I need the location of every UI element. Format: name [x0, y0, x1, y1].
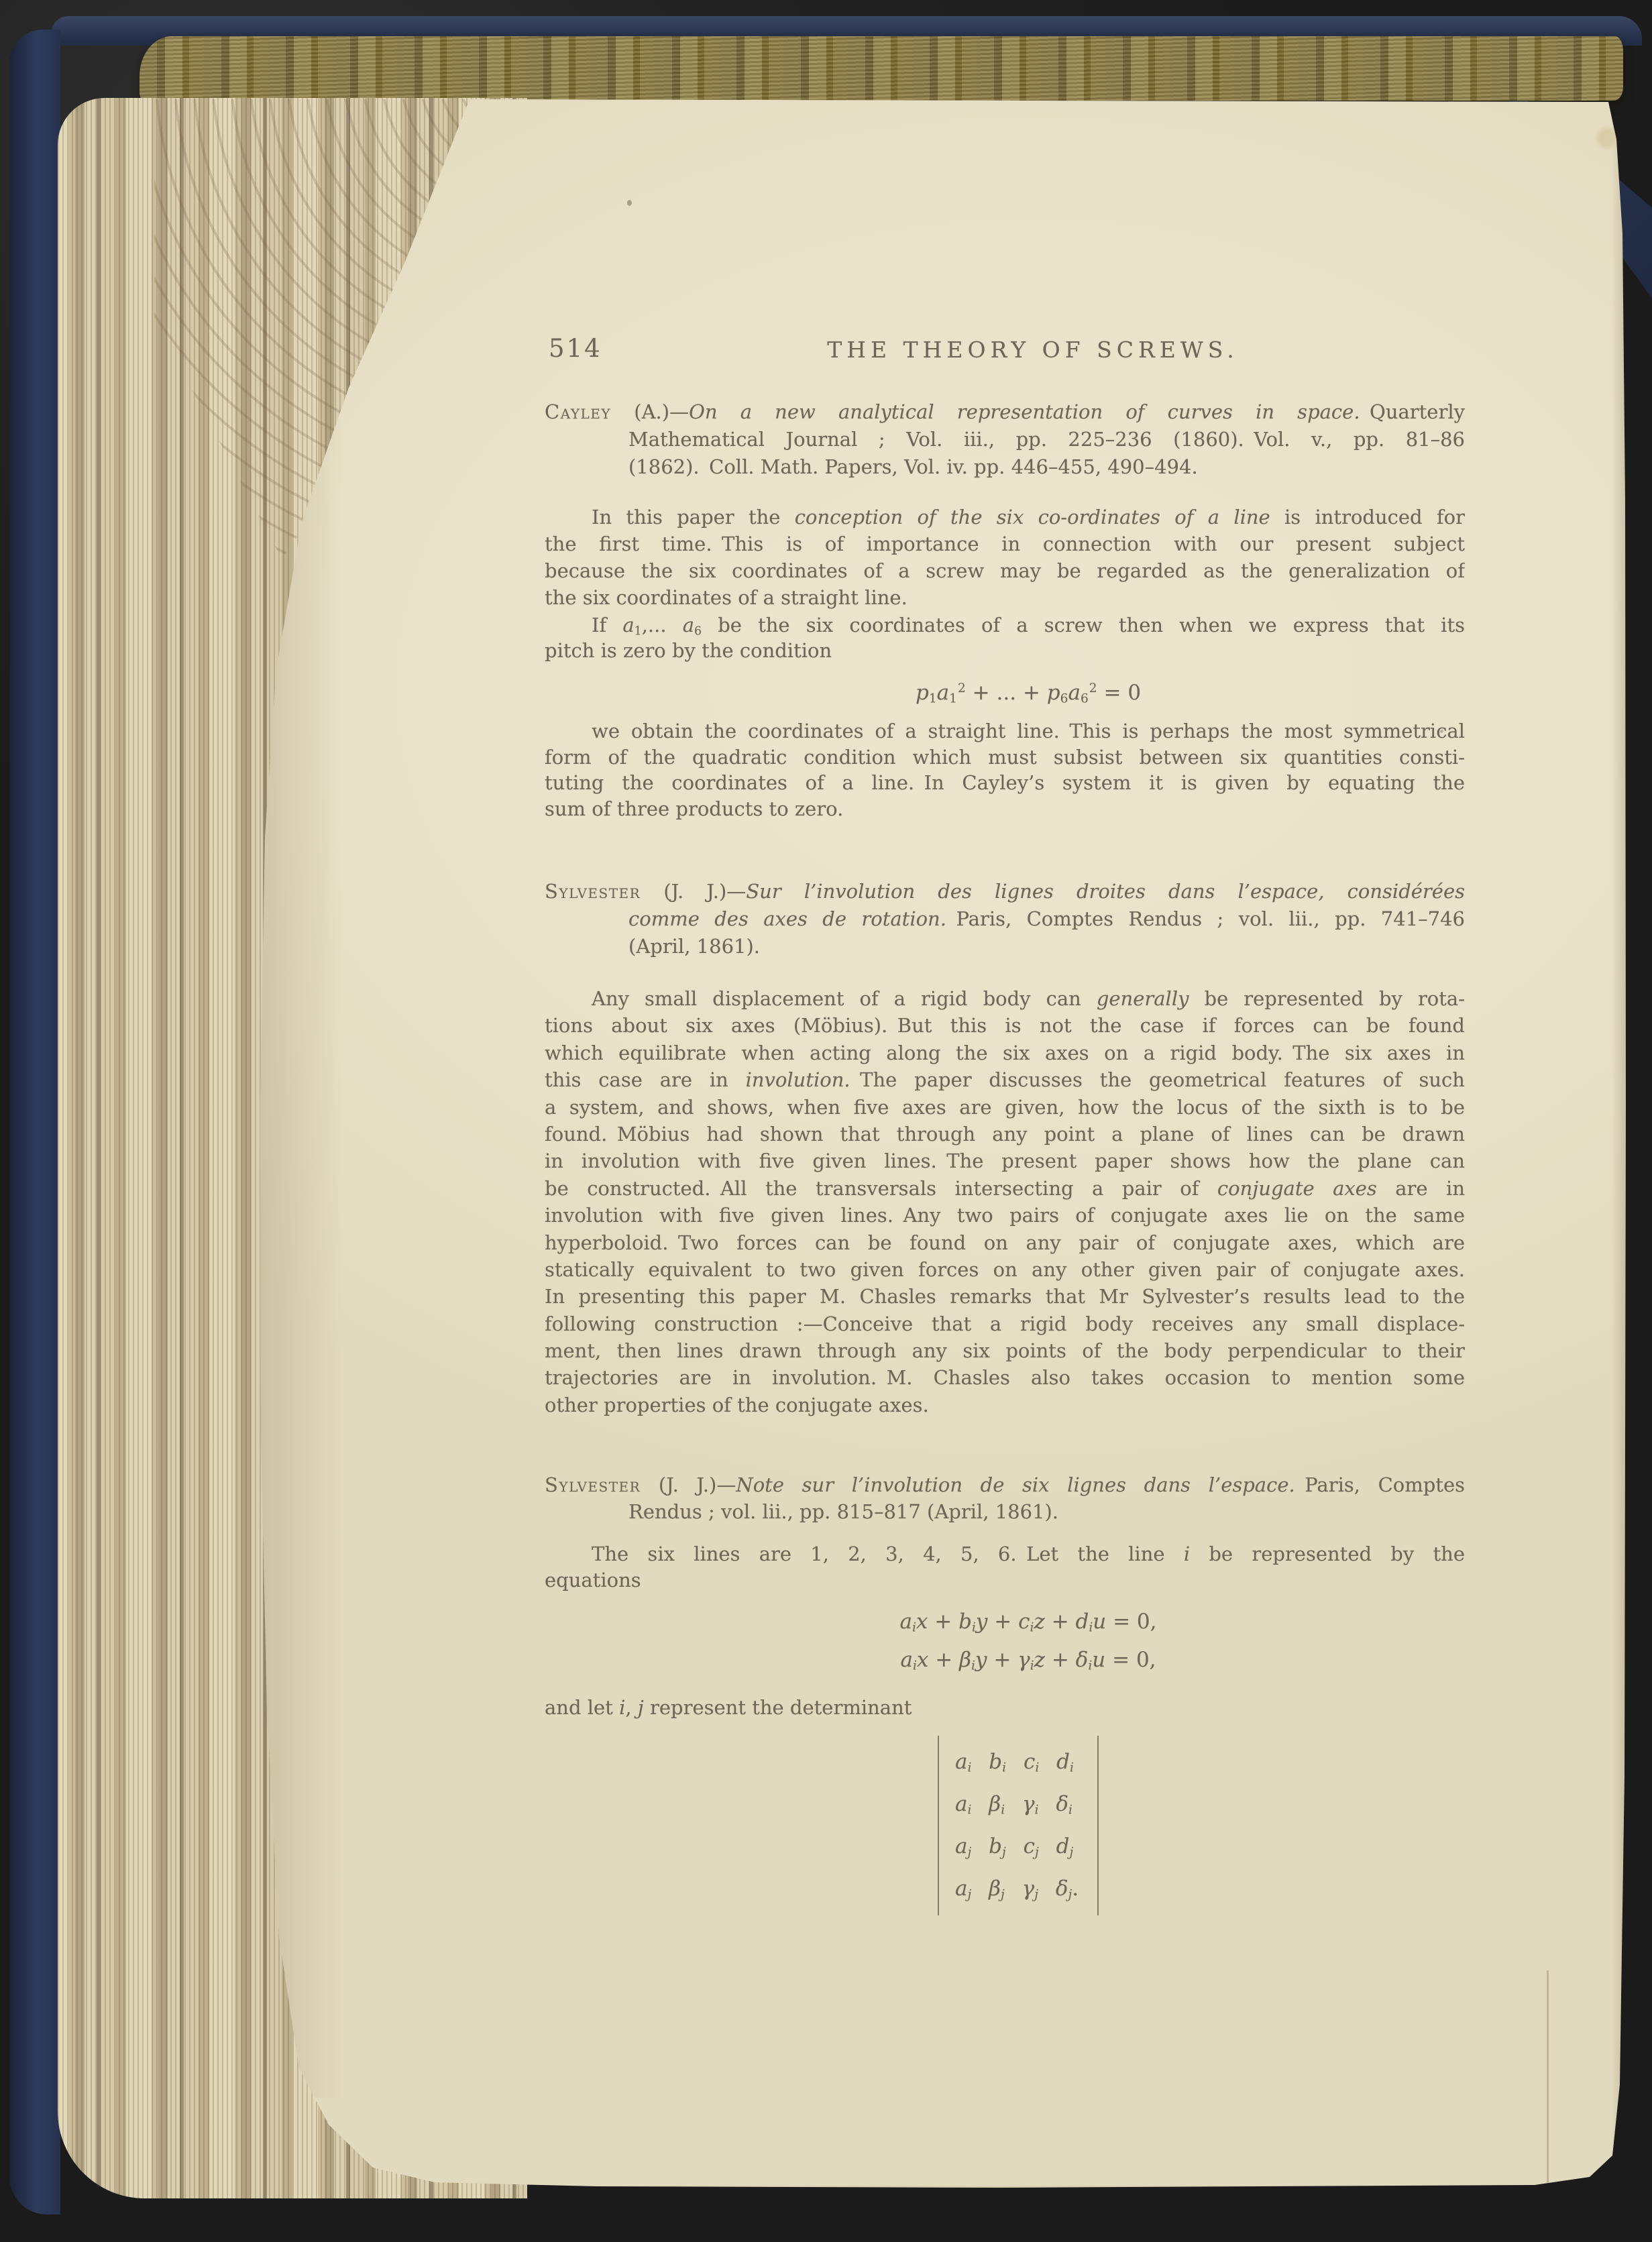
text-segment: +	[987, 1610, 1018, 1634]
text-line: aj bj cj dj	[955, 1826, 1097, 1868]
text-line: hyperboloid. Two forces can be found on …	[545, 1229, 1465, 1256]
text-segment: +	[1045, 1648, 1076, 1672]
determinant-block: ai bi ci diai βi γi δiaj bj cj djaj βj γ…	[938, 1736, 1099, 1915]
text-segment: y	[976, 1610, 988, 1634]
equation-pitch-condition: p1a12 + ... + p6a62 = 0	[545, 681, 1465, 714]
text-segment: tuting the coordinates of a line. In Cay…	[545, 771, 1465, 794]
text-line: sum of three products to zero.	[545, 796, 1465, 822]
text-line: Mathematical Journal ; Vol. iii., pp. 22…	[545, 426, 1465, 453]
text-segment: (1862). Coll. Math. Papers, Vol. iv. pp.…	[628, 455, 1198, 478]
text-segment: +	[1045, 1610, 1076, 1634]
text-segment: d	[1056, 1834, 1070, 1858]
text-segment: i	[1184, 1543, 1190, 1565]
text-segment: If	[592, 614, 622, 636]
text-segment: d	[1075, 1610, 1089, 1634]
text-segment: a	[955, 1792, 967, 1816]
text-segment: in involution with five given lines. The…	[545, 1150, 1465, 1172]
text-segment: statically equivalent to two given force…	[545, 1258, 1465, 1281]
text-line: in involution with five given lines. The…	[545, 1147, 1465, 1174]
text-segment: 6	[1060, 692, 1068, 706]
text-line: ai βi γi δi	[955, 1783, 1097, 1826]
text-segment: 2	[1089, 681, 1097, 695]
text-segment	[1039, 1834, 1056, 1858]
text-segment: Sur l’involution des lignes droites dans…	[746, 880, 1465, 903]
text-segment: = 0	[1097, 681, 1141, 705]
text-segment: Paris, Comptes Rendus ; vol. lii., pp. 7…	[946, 907, 1465, 930]
text-line: Cayley (A.)—On a new analytical represen…	[545, 398, 1465, 426]
text-segment: conception of the six co-ordinates of a …	[795, 506, 1270, 528]
equation-line-i-first: aix + biy + ciz + diu = 0,	[545, 1610, 1465, 1640]
text-segment: (J. J.)—	[641, 1473, 736, 1496]
text-segment: δ	[1076, 1648, 1089, 1672]
text-segment	[1038, 1876, 1056, 1901]
text-segment: Sylvester	[545, 880, 641, 903]
text-segment: the first time. This is of importance in…	[545, 533, 1465, 555]
text-line: Any small displacement of a rigid body c…	[545, 985, 1465, 1012]
text-line: ment, then lines drawn through any six p…	[545, 1337, 1465, 1364]
text-segment: be the six coordinates of a screw then w…	[702, 614, 1465, 636]
running-title: THE THEORY OF SCREWS.	[545, 337, 1465, 363]
text-segment: i	[1035, 1803, 1039, 1817]
text-line: other properties of the conjugate axes.	[545, 1392, 1465, 1418]
text-segment: comme des axes de rotation.	[628, 907, 946, 930]
text-segment: be represented by rota-	[1189, 987, 1465, 1010]
text-line: involution with five given lines. Any tw…	[545, 1202, 1465, 1229]
text-segment: j	[638, 1696, 644, 1719]
text-segment	[1006, 1834, 1024, 1858]
text-segment: Sylvester	[545, 1473, 641, 1496]
text-line: equations	[545, 1567, 1465, 1593]
text-segment: i	[1068, 1803, 1072, 1817]
text-line: The six lines are 1, 2, 3, 4, 5, 6. Let …	[545, 1541, 1465, 1567]
text-segment	[1039, 1750, 1056, 1774]
text-segment: the six coordinates of a straight line.	[545, 586, 907, 609]
text-segment: Rendus ; vol. lii., pp. 815–817 (April, …	[628, 1500, 1058, 1523]
text-line: found. Möbius had shown that through any…	[545, 1121, 1465, 1147]
text-segment: Any small displacement of a rigid body c…	[592, 987, 1097, 1010]
sylvester-1-paragraph: Any small displacement of a rigid body c…	[545, 985, 1465, 1418]
text-segment: j	[1069, 1846, 1073, 1860]
text-segment: a	[955, 1750, 967, 1774]
text-segment: 1	[949, 692, 957, 706]
text-segment: a	[899, 1610, 912, 1634]
text-segment: 1	[929, 692, 937, 706]
text-line: the six coordinates of a straight line.	[545, 584, 1465, 611]
text-segment: conjugate axes	[1217, 1177, 1377, 1200]
text-segment: δ	[1056, 1876, 1068, 1901]
text-segment: trajectories are in involution. M. Chasl…	[545, 1366, 1465, 1389]
text-segment: involution.	[746, 1068, 850, 1091]
text-line: a system, and shows, when five axes are …	[545, 1094, 1465, 1121]
text-segment: ,...	[642, 614, 683, 636]
text-segment: because the six coordinates of a screw m…	[545, 559, 1465, 582]
text-segment: ,	[625, 1696, 637, 1719]
text-segment: +	[928, 1610, 958, 1634]
sylvester-2-paragraph: The six lines are 1, 2, 3, 4, 5, 6. Let …	[545, 1541, 1465, 1593]
text-segment: +	[987, 1648, 1017, 1672]
text-line: (1862). Coll. Math. Papers, Vol. iv. pp.…	[545, 453, 1465, 481]
text-segment: The paper discusses the geometrical feat…	[850, 1068, 1465, 1091]
text-segment: β	[959, 1648, 971, 1672]
text-segment: this case are in	[545, 1068, 746, 1091]
text-segment: δ	[1056, 1792, 1068, 1816]
text-line: following construction :—Conceive that a…	[545, 1310, 1465, 1337]
text-segment: represent the determinant	[644, 1696, 912, 1719]
text-line: Sylvester (J. J.)—Sur l’involution des l…	[545, 878, 1465, 905]
text-line: tuting the coordinates of a line. In Cay…	[545, 770, 1465, 796]
text-line: Sylvester (J. J.)—Note sur l’involution …	[545, 1471, 1465, 1498]
text-segment: = 0,	[1105, 1648, 1156, 1672]
text-segment: found. Möbius had shown that through any…	[545, 1123, 1465, 1145]
text-segment: + ... +	[966, 681, 1047, 705]
text-segment: a	[937, 681, 949, 705]
book-cover-left-edge	[9, 30, 60, 2215]
cayley-paragraph-2: If a1,... a6 be the six coordinates of a…	[545, 612, 1465, 663]
text-segment: a	[955, 1834, 967, 1858]
text-segment: z	[1034, 1648, 1045, 1672]
text-line: ai bi ci di	[955, 1741, 1097, 1783]
text-segment: sum of three products to zero.	[545, 797, 843, 820]
text-segment: .	[1072, 1876, 1079, 1901]
text-segment: b	[989, 1834, 1002, 1858]
text-line: Rendus ; vol. lii., pp. 815–817 (April, …	[545, 1498, 1465, 1525]
text-segment: equations	[545, 1569, 641, 1591]
text-segment: i	[1070, 1761, 1074, 1775]
text-segment: b	[989, 1750, 1002, 1774]
text-segment: +	[928, 1648, 959, 1672]
text-segment	[1005, 1876, 1022, 1901]
text-segment: form of the quadratic condition which mu…	[545, 746, 1465, 769]
determinant-intro-line: and let i, j represent the determinant	[545, 1696, 1465, 1719]
text-line: (April, 1861).	[545, 933, 1465, 960]
text-segment: In presenting this paper M. Chasles rema…	[545, 1285, 1465, 1308]
text-line: pitch is zero by the condition	[545, 638, 1465, 663]
entry-sylvester-1: Sylvester (J. J.)—Sur l’involution des l…	[545, 878, 1465, 960]
text-segment: β	[989, 1876, 1001, 1901]
entry-cayley: Cayley (A.)—On a new analytical represen…	[545, 398, 1465, 481]
text-segment: d	[1056, 1750, 1070, 1774]
text-segment: Quarterly	[1360, 400, 1465, 423]
text-segment: β	[989, 1792, 1001, 1816]
text-line: we obtain the coordinates of a straight …	[545, 718, 1465, 744]
text-segment: we obtain the coordinates of a straight …	[592, 720, 1465, 742]
text-line: because the six coordinates of a screw m…	[545, 557, 1465, 584]
text-segment: (J. J.)—	[641, 880, 746, 903]
text-segment: 6	[1081, 692, 1089, 706]
text-segment: which equilibrate when acting along the …	[545, 1042, 1465, 1064]
text-segment: Note sur l’involution de six lignes dans…	[736, 1473, 1295, 1496]
text-segment: c	[1018, 1610, 1030, 1634]
text-line: comme des axes de rotation. Paris, Compt…	[545, 905, 1465, 933]
text-segment: γ	[1022, 1876, 1035, 1901]
text-segment: other properties of the conjugate axes.	[545, 1394, 929, 1416]
text-segment: z	[1034, 1610, 1044, 1634]
text-segment: 1	[635, 624, 642, 638]
text-segment	[971, 1792, 989, 1816]
book-photo: 514 THE THEORY OF SCREWS. Cayley (A.)—On…	[0, 0, 1652, 2242]
text-segment: c	[1024, 1834, 1035, 1858]
text-segment: tions about six axes (Möbius). But this …	[545, 1014, 1465, 1037]
text-segment: 6	[694, 624, 702, 638]
text-segment: γ	[1022, 1792, 1035, 1816]
text-line: be constructed. All the transversals int…	[545, 1175, 1465, 1202]
text-segment: be represented by the	[1190, 1543, 1465, 1565]
text-segment	[971, 1750, 989, 1774]
text-segment: j	[1001, 1888, 1005, 1902]
text-segment: is introduced for	[1270, 506, 1465, 528]
text-segment: a	[622, 614, 634, 636]
text-segment: x	[917, 1648, 928, 1672]
text-line: tions about six axes (Möbius). But this …	[545, 1012, 1465, 1039]
text-segment: a	[1068, 681, 1080, 705]
text-line: statically equivalent to two given force…	[545, 1256, 1465, 1283]
text-segment: j	[1035, 1846, 1039, 1860]
text-segment: p	[1047, 681, 1060, 705]
cayley-paragraph-3: we obtain the coordinates of a straight …	[545, 718, 1465, 822]
text-segment: On a new analytical representation of cu…	[689, 400, 1360, 423]
text-segment: The six lines are 1, 2, 3, 4, 5, 6. Let …	[592, 1543, 1184, 1565]
text-segment: = 0,	[1106, 1610, 1156, 1634]
text-line: the first time. This is of importance in…	[545, 530, 1465, 557]
text-segment: Paris, Comptes	[1295, 1473, 1465, 1496]
text-line: If a1,... a6 be the six coordinates of a…	[545, 612, 1465, 638]
gilt-top-page-edge	[140, 36, 1623, 101]
text-segment: ment, then lines drawn through any six p…	[545, 1339, 1465, 1362]
text-segment	[971, 1876, 989, 1901]
text-segment: (April, 1861).	[628, 935, 760, 958]
cayley-paragraph-1: In this paper the conception of the six …	[545, 504, 1465, 611]
text-segment: u	[1093, 1610, 1106, 1634]
equation-line-i-second: aix + βiy + γiz + δiu = 0,	[545, 1648, 1465, 1679]
text-segment: i	[619, 1696, 625, 1719]
text-segment: a	[955, 1876, 967, 1901]
text-segment: Cayley	[545, 400, 611, 423]
text-segment: In this paper the	[592, 506, 795, 528]
text-segment: generally	[1097, 987, 1189, 1010]
text-line: which equilibrate when acting along the …	[545, 1040, 1465, 1066]
text-segment: hyperboloid. Two forces can be found on …	[545, 1231, 1465, 1254]
text-line: this case are in involution. The paper d…	[545, 1066, 1465, 1093]
text-line: trajectories are in involution. M. Chasl…	[545, 1364, 1465, 1391]
text-segment: following construction :—Conceive that a…	[545, 1312, 1465, 1335]
text-segment	[1006, 1750, 1024, 1774]
text-segment: involution with five given lines. Any tw…	[545, 1204, 1465, 1227]
text-segment: u	[1092, 1648, 1105, 1672]
text-segment: b	[958, 1610, 972, 1634]
entry-sylvester-2: Sylvester (J. J.)—Note sur l’involution …	[545, 1471, 1465, 1525]
text-line: aj βj γj δj.	[955, 1868, 1097, 1910]
text-segment: p	[916, 681, 929, 705]
text-segment: 2	[958, 681, 966, 695]
text-segment: a	[683, 614, 694, 636]
text-line: In this paper the conception of the six …	[545, 504, 1465, 530]
text-segment: Mathematical Journal ; Vol. iii., pp. 22…	[628, 428, 1465, 451]
text-segment: be constructed. All the transversals int…	[545, 1177, 1217, 1200]
text-segment: are in	[1377, 1177, 1465, 1200]
text-segment	[971, 1834, 989, 1858]
text-segment: and let	[545, 1696, 619, 1719]
text-segment	[1005, 1792, 1022, 1816]
text-segment: (A.)—	[611, 400, 689, 423]
text-segment: x	[916, 1610, 928, 1634]
text-segment: a	[900, 1648, 912, 1672]
text-segment: γ	[1017, 1648, 1030, 1672]
text-segment: c	[1024, 1750, 1035, 1774]
text-line: form of the quadratic condition which mu…	[545, 744, 1465, 771]
text-segment	[1039, 1792, 1056, 1816]
text-segment: pitch is zero by the condition	[545, 639, 832, 662]
text-segment: j	[1002, 1846, 1006, 1860]
text-segment: y	[975, 1648, 987, 1672]
text-line: In presenting this paper M. Chasles rema…	[545, 1283, 1465, 1310]
text-segment: a system, and shows, when five axes are …	[545, 1096, 1465, 1119]
